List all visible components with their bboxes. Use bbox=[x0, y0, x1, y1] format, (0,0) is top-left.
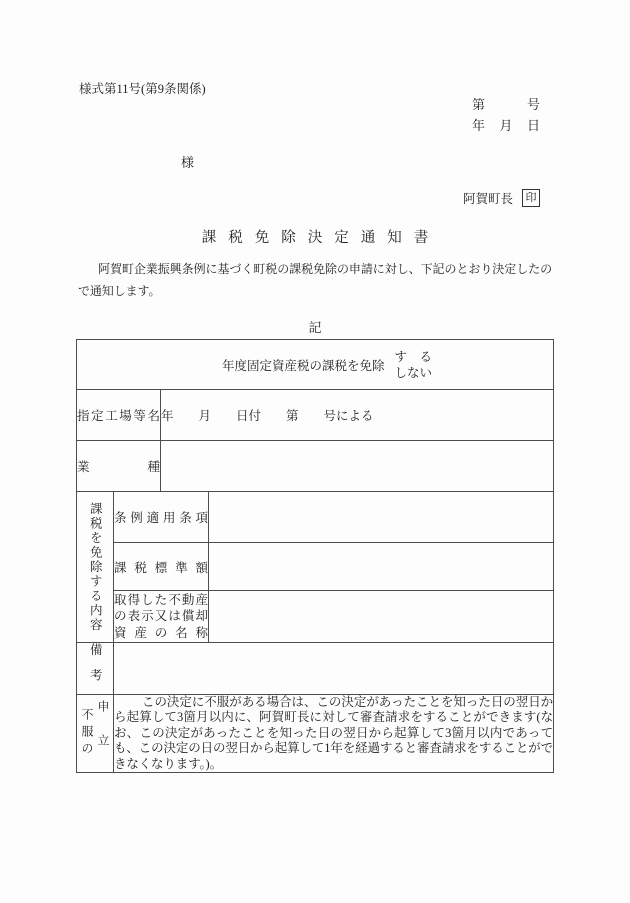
seal-icon: 印 bbox=[526, 193, 537, 204]
date-year-label: 年 bbox=[472, 115, 485, 134]
doc-number-suffix: 号 bbox=[527, 94, 540, 113]
appeal-label-cell: 不服の 申立 bbox=[77, 695, 114, 773]
exemption-text: 年度固定資産税の課税を免除 bbox=[222, 356, 385, 374]
intro-paragraph: 阿賀町企業振興条例に基づく町税の課税免除の申請に対し、下記のとおり決定したので通… bbox=[78, 259, 552, 302]
row-exemption: 年度固定資産税の課税を免除 す る しない bbox=[77, 340, 554, 390]
property-value-cell bbox=[209, 591, 554, 643]
appeal-label-left: 不服の bbox=[81, 708, 93, 759]
issuer-line: 阿賀町長 印 bbox=[463, 189, 540, 207]
recipient-honorific: 様 bbox=[181, 152, 194, 171]
exemption-options: す る しない bbox=[395, 349, 433, 381]
designated-factory-label: 指定工場等名 bbox=[77, 390, 161, 441]
decision-table-wrapper: 年度固定資産税の課税を免除 す る しない 指定工場等名 年 月 日付 第 号に… bbox=[76, 339, 554, 773]
remarks-label-cell: 備考 bbox=[77, 643, 114, 695]
remarks-value-cell bbox=[114, 643, 554, 695]
option-dont: しない bbox=[395, 365, 433, 381]
content-vertical-label: 課税を免除する内容 bbox=[89, 502, 102, 633]
issuer-title: 阿賀町長 bbox=[463, 189, 513, 207]
document-number-line: 第 号 bbox=[472, 94, 540, 113]
appeal-text: この決定に不服がある場合は、この決定があったことを知った日の翌日から起算して3箇… bbox=[114, 695, 554, 773]
property-label-line-1: 取得した不動産 bbox=[114, 592, 208, 609]
form-number: 様式第11号(第9条関係) bbox=[79, 79, 206, 97]
exemption-cell: 年度固定資産税の課税を免除 す る しない bbox=[77, 340, 554, 390]
content-vertical-label-cell: 課税を免除する内容 bbox=[77, 492, 114, 643]
option-do: す る bbox=[395, 349, 433, 365]
seal-box: 印 bbox=[522, 189, 540, 207]
row-designated-factory: 指定工場等名 年 月 日付 第 号による bbox=[77, 390, 554, 441]
row-appeal: 不服の 申立 この決定に不服がある場合は、この決定があったことを知った日の翌日か… bbox=[77, 695, 554, 773]
clause-label: 条例適用条項 bbox=[114, 492, 209, 543]
tax-base-label: 課税標準額 bbox=[114, 543, 209, 591]
record-mark: 記 bbox=[0, 317, 630, 336]
row-property: 取得した不動産 の表示又は償却 資産の名称 bbox=[77, 591, 554, 643]
row-clause: 課税を免除する内容 条例適用条項 bbox=[77, 492, 554, 543]
row-industry: 業種 bbox=[77, 441, 554, 492]
industry-label: 業種 bbox=[77, 441, 161, 492]
property-label: 取得した不動産 の表示又は償却 資産の名称 bbox=[114, 591, 209, 643]
document-title: 課税免除決定通知書 bbox=[0, 226, 630, 247]
doc-number-prefix: 第 bbox=[472, 94, 485, 113]
row-tax-base: 課税標準額 bbox=[77, 543, 554, 591]
property-label-line-3: 資産の名称 bbox=[114, 625, 208, 642]
row-remarks: 備考 bbox=[77, 643, 554, 695]
appeal-label-right: 申立 bbox=[97, 700, 109, 768]
industry-value-cell bbox=[161, 441, 554, 492]
date-day-label: 日 bbox=[527, 115, 540, 134]
property-label-line-2: の表示又は償却 bbox=[114, 608, 208, 625]
exemption-decision-table: 年度固定資産税の課税を免除 す る しない 指定工場等名 年 月 日付 第 号に… bbox=[76, 339, 554, 773]
date-month-label: 月 bbox=[499, 115, 512, 134]
document-page: 様式第11号(第9条関係) 第 号 年 月 日 様 阿賀町長 印 課税免除決定通… bbox=[0, 0, 630, 903]
remarks-label: 備考 bbox=[89, 643, 102, 694]
clause-value-cell bbox=[209, 492, 554, 543]
designated-factory-value: 年 月 日付 第 号による bbox=[161, 390, 554, 441]
date-line: 年 月 日 bbox=[472, 115, 540, 134]
tax-base-value-cell bbox=[209, 543, 554, 591]
